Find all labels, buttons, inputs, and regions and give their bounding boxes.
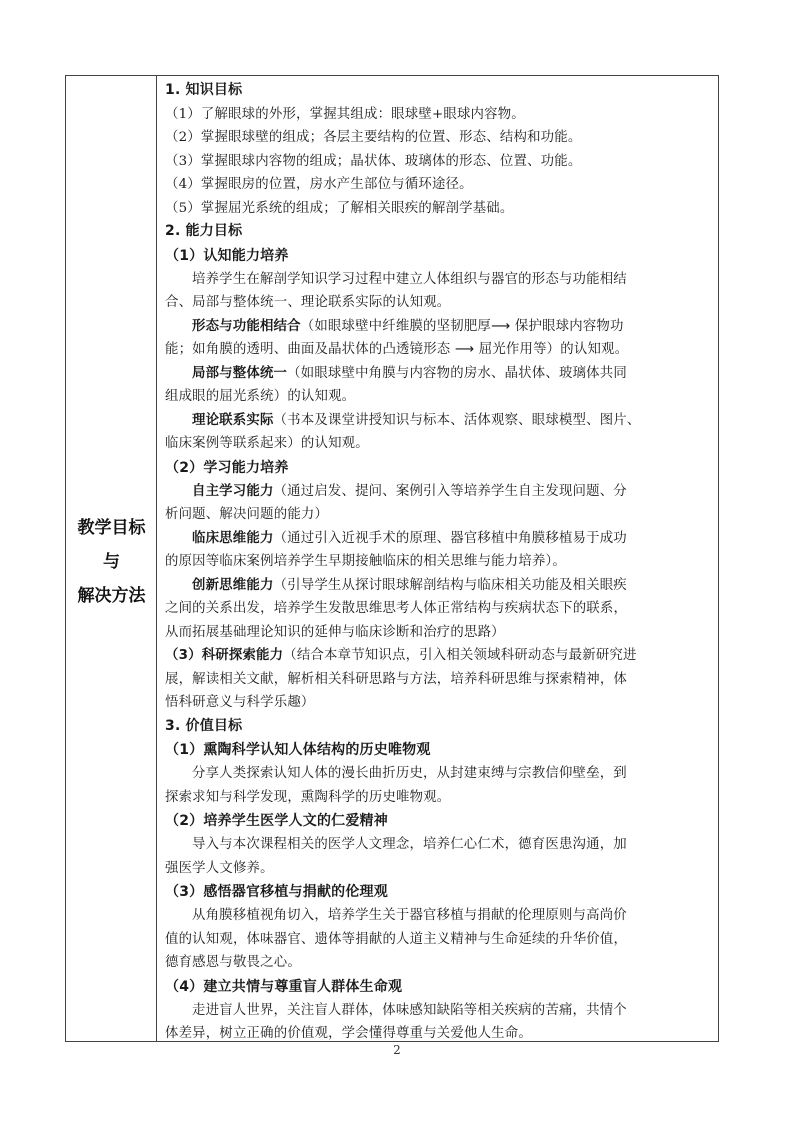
paragraph-line: 分享人类探索认知人体的漫长曲折历史，从封建束缚与宗教信仰壁垒，到: [165, 762, 712, 786]
text-span: （通过启发、提问、案例引入等培养学生自主发现问题、分: [274, 484, 627, 499]
bold-term: 临床思维能力: [192, 531, 274, 546]
text-span: （引导学生从探讨眼球解剖结构与临床相关功能及相关眼疾: [274, 578, 627, 593]
paragraph-line: 的原因等临床案例培养学生早期接触临床的相关思维与能力培养）。: [165, 550, 712, 574]
knowledge-heading: 1. 知识目标: [165, 79, 712, 103]
label-line-1: 教学目标: [66, 511, 157, 545]
knowledge-item: （3）掌握眼球内容物的组成；晶状体、玻璃体的形态、位置、功能。: [165, 150, 712, 174]
bold-term: 理论联系实际: [192, 413, 274, 428]
page-number: 2: [0, 1043, 794, 1057]
text-span: 保护眼球内容物功: [510, 319, 623, 334]
paragraph-line: 从角膜移植视角切入，培养学生关于器官移植与捐献的伦理原则与高尚价: [165, 904, 712, 928]
value-heading: 3. 价值目标: [165, 715, 712, 739]
paragraph-line: 创新思维能力（引导学生从探讨眼球解剖结构与临床相关功能及相关眼疾: [165, 574, 712, 598]
arrow-icon: ⟶: [491, 319, 510, 334]
paragraph-line: 临床案例等联系起来）的认知观。: [165, 432, 712, 456]
paragraph-line: 强医学人文修养。: [165, 857, 712, 881]
paragraph-line: 德育感恩与敬畏之心。: [165, 951, 712, 975]
paragraph-line: 合、局部与整体统一、理论联系实际的认知观。: [165, 291, 712, 315]
knowledge-item: （5）掌握屈光系统的组成；了解相关眼疾的解剖学基础。: [165, 197, 712, 221]
bold-term: 形态与功能相结合: [192, 319, 301, 334]
bold-term: 自主学习能力: [192, 484, 274, 499]
text-span: （如眼球壁中角膜与内容物的房水、晶状体、玻璃体共同: [287, 366, 627, 381]
bold-term: 局部与整体统一: [192, 366, 287, 381]
paragraph-line: 形态与功能相结合（如眼球壁中纤维膜的坚韧肥厚⟶ 保护眼球内容物功: [165, 315, 712, 339]
row-header-cell: 教学目标 与 解决方法: [66, 76, 157, 1041]
paragraph-line: 组成眼的屈光系统）的认知观。: [165, 385, 712, 409]
content-cell: 1. 知识目标 （1）了解眼球的外形，掌握其组成：眼球壁+眼球内容物。 （2）掌…: [157, 76, 718, 1046]
objectives-table: 教学目标 与 解决方法 1. 知识目标 （1）了解眼球的外形，掌握其组成：眼球壁…: [65, 75, 719, 1042]
paragraph-line: 展，解读相关文献，解析相关科研思路与方法，培养科研思维与探索精神，体: [165, 668, 712, 692]
row-header-label: 教学目标 与 解决方法: [66, 511, 157, 613]
text-span: （结合本章节知识点，引入相关领域科研动态与最新研究进: [283, 648, 636, 663]
research-heading: （3）科研探索能力: [165, 648, 283, 663]
knowledge-item: （2）掌握眼球壁的组成；各层主要结构的位置、形态、结构和功能。: [165, 126, 712, 150]
cognitive-heading: （1）认知能力培养: [165, 244, 712, 268]
value-subheading: （4）建立共情与尊重盲人群体生命观: [165, 975, 712, 999]
learning-heading: （2）学习能力培养: [165, 456, 712, 480]
paragraph-line: （3）科研探索能力（结合本章节知识点，引入相关领域科研动态与最新研究进: [165, 644, 712, 668]
paragraph-line: 从而拓展基础理论知识的延伸与临床诊断和治疗的思路）: [165, 621, 712, 645]
knowledge-item: （1）了解眼球的外形，掌握其组成：眼球壁+眼球内容物。: [165, 103, 712, 127]
paragraph-line: 理论联系实际（书本及课堂讲授知识与标本、活体观察、眼球模型、图片、: [165, 409, 712, 433]
arrow-icon: ⟶: [455, 342, 474, 357]
text-span: （如眼球壁中纤维膜的坚韧肥厚: [301, 319, 491, 334]
paragraph-line: 之间的关系出发，培养学生发散思维思考人体正常结构与疾病状态下的联系，: [165, 597, 712, 621]
ability-heading: 2. 能力目标: [165, 220, 712, 244]
text-span: （书本及课堂讲授知识与标本、活体观察、眼球模型、图片、: [274, 413, 641, 428]
paragraph-line: 局部与整体统一（如眼球壁中角膜与内容物的房水、晶状体、玻璃体共同: [165, 362, 712, 386]
label-line-2: 与: [66, 545, 157, 579]
paragraph-line: 析问题、解决问题的能力）: [165, 503, 712, 527]
value-subheading: （3）感悟器官移植与捐献的伦理观: [165, 880, 712, 904]
text-span: 能；如角膜的透明、曲面及晶状体的凸透镜形态: [165, 342, 455, 357]
paragraph-line: 探索求知与科学发现，熏陶科学的历史唯物观。: [165, 786, 712, 810]
value-subheading: （1）熏陶科学认知人体结构的历史唯物观: [165, 738, 712, 762]
paragraph-line: 能；如角膜的透明、曲面及晶状体的凸透镜形态 ⟶ 屈光作用等）的认知观。: [165, 338, 712, 362]
value-subheading: （2）培养学生医学人文的仁爱精神: [165, 809, 712, 833]
label-line-3: 解决方法: [66, 579, 157, 613]
knowledge-item: （4）掌握眼房的位置，房水产生部位与循环途径。: [165, 173, 712, 197]
bold-term: 创新思维能力: [192, 578, 274, 593]
paragraph-line: 培养学生在解剖学知识学习过程中建立人体组织与器官的形态与功能相结: [165, 268, 712, 292]
paragraph-line: 自主学习能力（通过启发、提问、案例引入等培养学生自主发现问题、分: [165, 480, 712, 504]
paragraph-line: 导入与本次课程相关的医学人文理念，培养仁心仁术，德育医患沟通，加: [165, 833, 712, 857]
paragraph-line: 走进盲人世界，关注盲人群体，体味感知缺陷等相关疾病的苦痛，共情个: [165, 999, 712, 1023]
paragraph-line: 值的认知观，体味器官、遗体等捐献的人道主义精神与生命延续的升华价值，: [165, 928, 712, 952]
paragraph-line: 临床思维能力（通过引入近视手术的原理、器官移植中角膜移植易于成功: [165, 527, 712, 551]
paragraph-line: 悟科研意义与科学乐趣）: [165, 691, 712, 715]
text-span: （通过引入近视手术的原理、器官移植中角膜移植易于成功: [274, 531, 627, 546]
text-span: 屈光作用等）的认知观。: [474, 342, 628, 357]
paragraph-line: 体差异，树立正确的价值观，学会懂得尊重与关爱他人生命。: [165, 1022, 712, 1046]
